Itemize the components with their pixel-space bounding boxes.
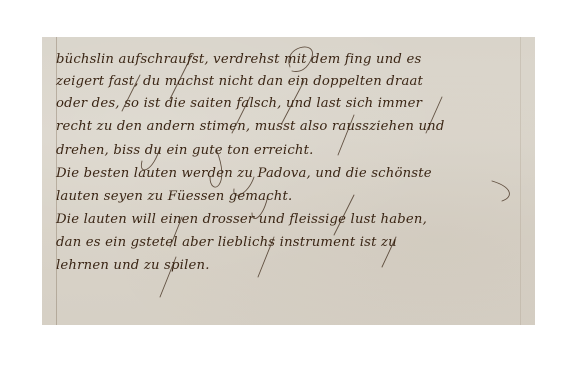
text-line-6: Die besten lauten werden zu Padova, und … xyxy=(56,166,432,181)
text-line-7: lauten seyen zu Füessen gemacht. xyxy=(56,189,292,204)
text-line-9: dan es ein gstetel aber lieblichs instru… xyxy=(56,235,397,250)
text-line-4: recht zu den andern stimen, musst also r… xyxy=(56,119,445,134)
right-margin-rule xyxy=(520,37,521,325)
text-line-5: drehen, biss du ein gute ton erreicht. xyxy=(56,143,314,158)
canvas: büchslin aufschraufst, verdrehst mit dem… xyxy=(0,0,581,367)
text-line-3: oder des, so ist die saiten falsch, und … xyxy=(56,96,422,111)
text-line-2: zeigert fast, du machst nicht dan ein do… xyxy=(56,74,423,89)
text-line-1: büchslin aufschraufst, verdrehst mit dem… xyxy=(56,52,421,67)
text-line-8: Die lauten will einen drosser und fleiss… xyxy=(56,212,427,227)
manuscript-page: büchslin aufschraufst, verdrehst mit dem… xyxy=(42,37,535,325)
text-line-10: lehrnen und zu spilen. xyxy=(56,258,210,273)
